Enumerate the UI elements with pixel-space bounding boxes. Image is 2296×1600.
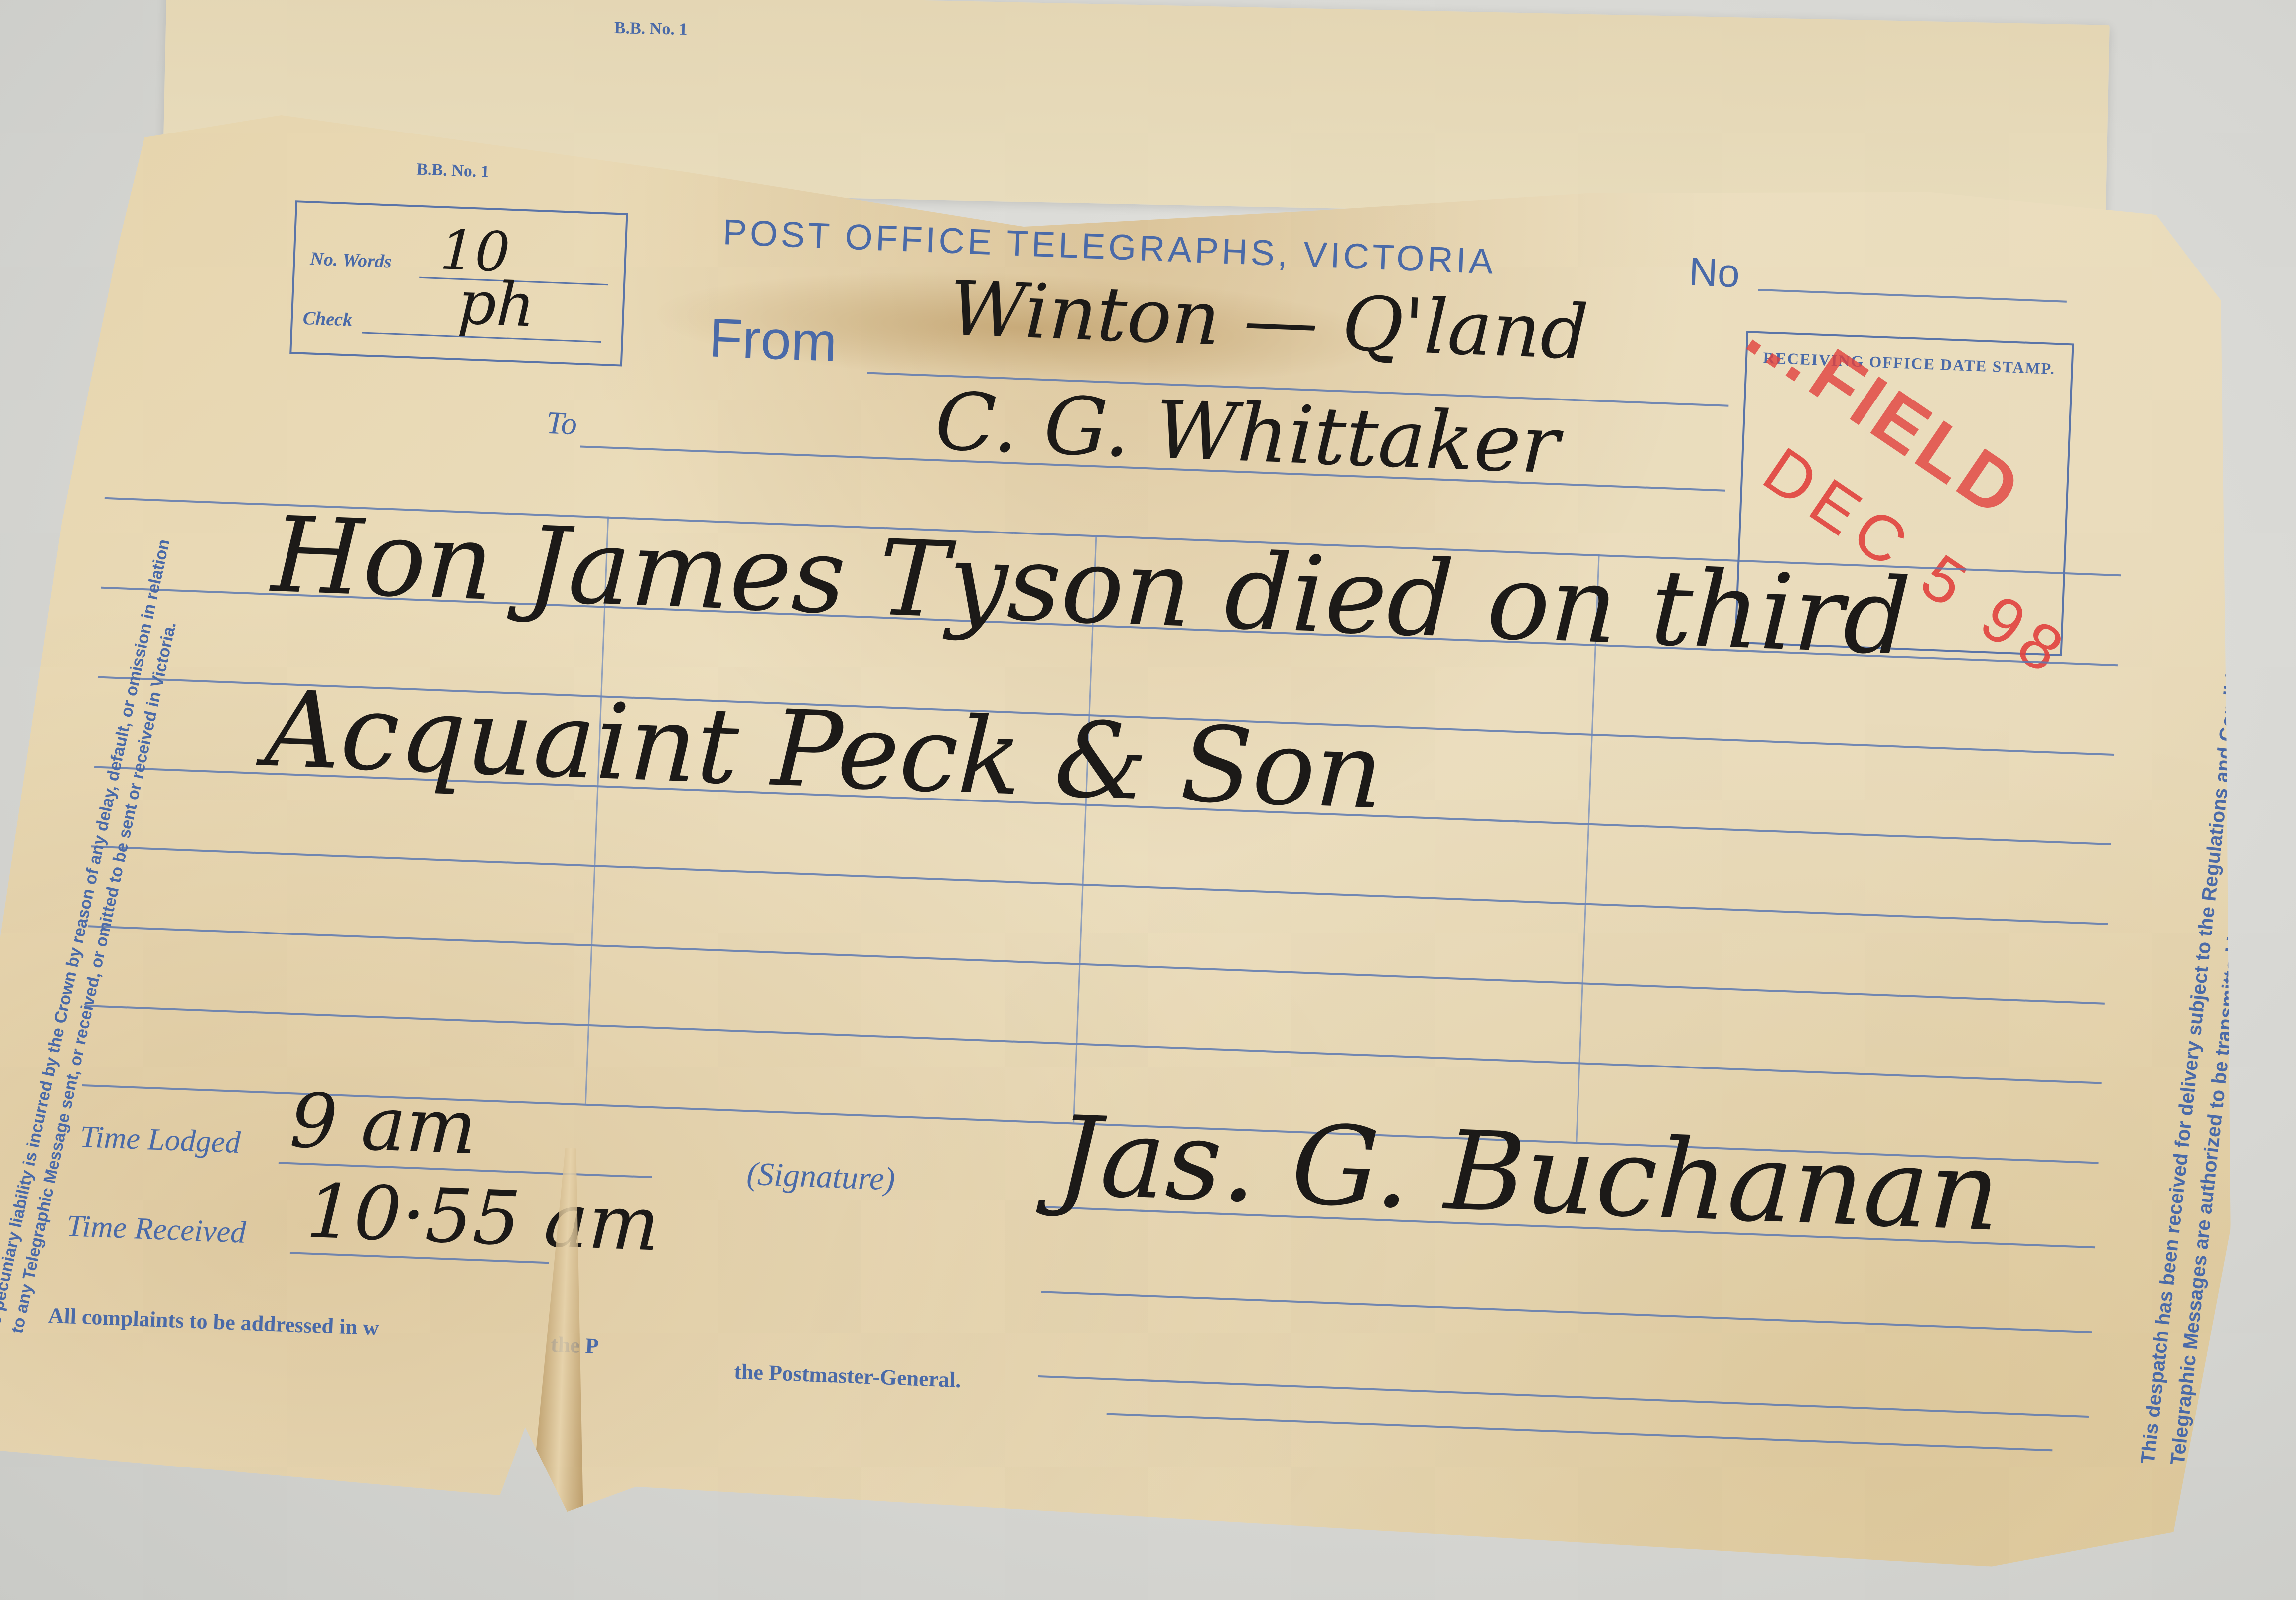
rule-line <box>85 1005 2102 1084</box>
time-lodged-label: Time Lodged <box>79 1119 241 1161</box>
rule-line <box>1041 1291 2092 1333</box>
footer-line <box>1107 1413 2053 1451</box>
time-received-value: 10·55 am <box>305 1168 661 1268</box>
number-line <box>1758 289 2067 303</box>
signature-value: Jas. G. Buchanan <box>1054 1092 2002 1256</box>
telegram-sheet: B.B. No. 1 No. Words 10 Check ph POST OF… <box>0 105 2271 1575</box>
to-value: C. G. Whittaker <box>933 375 1561 492</box>
rule-line <box>91 845 2108 925</box>
rule-line <box>1038 1375 2089 1418</box>
form-code-underlying: B.B. No. 1 <box>614 19 688 39</box>
from-label: From <box>708 306 838 374</box>
check-label: Check <box>302 307 353 331</box>
complaints-text-right: the Postmaster-General. <box>733 1359 961 1393</box>
word-count-box: No. Words 10 Check ph <box>289 200 628 366</box>
form-number-label: No <box>1688 249 1741 297</box>
to-label: To <box>546 404 578 442</box>
message-line-2: Acquaint Peck & Son <box>263 668 1385 833</box>
signature-label: (Signature) <box>746 1155 896 1198</box>
form-code: B.B. No. 1 <box>416 160 490 182</box>
rule-line <box>88 925 2105 1004</box>
words-label: No. Words <box>310 248 392 272</box>
complaints-text-left: All complaints to be addressed in w <box>48 1303 380 1340</box>
check-value: ph <box>457 268 536 341</box>
time-received-label: Time Received <box>66 1208 246 1251</box>
time-lodged-value: 9 am <box>288 1077 478 1171</box>
